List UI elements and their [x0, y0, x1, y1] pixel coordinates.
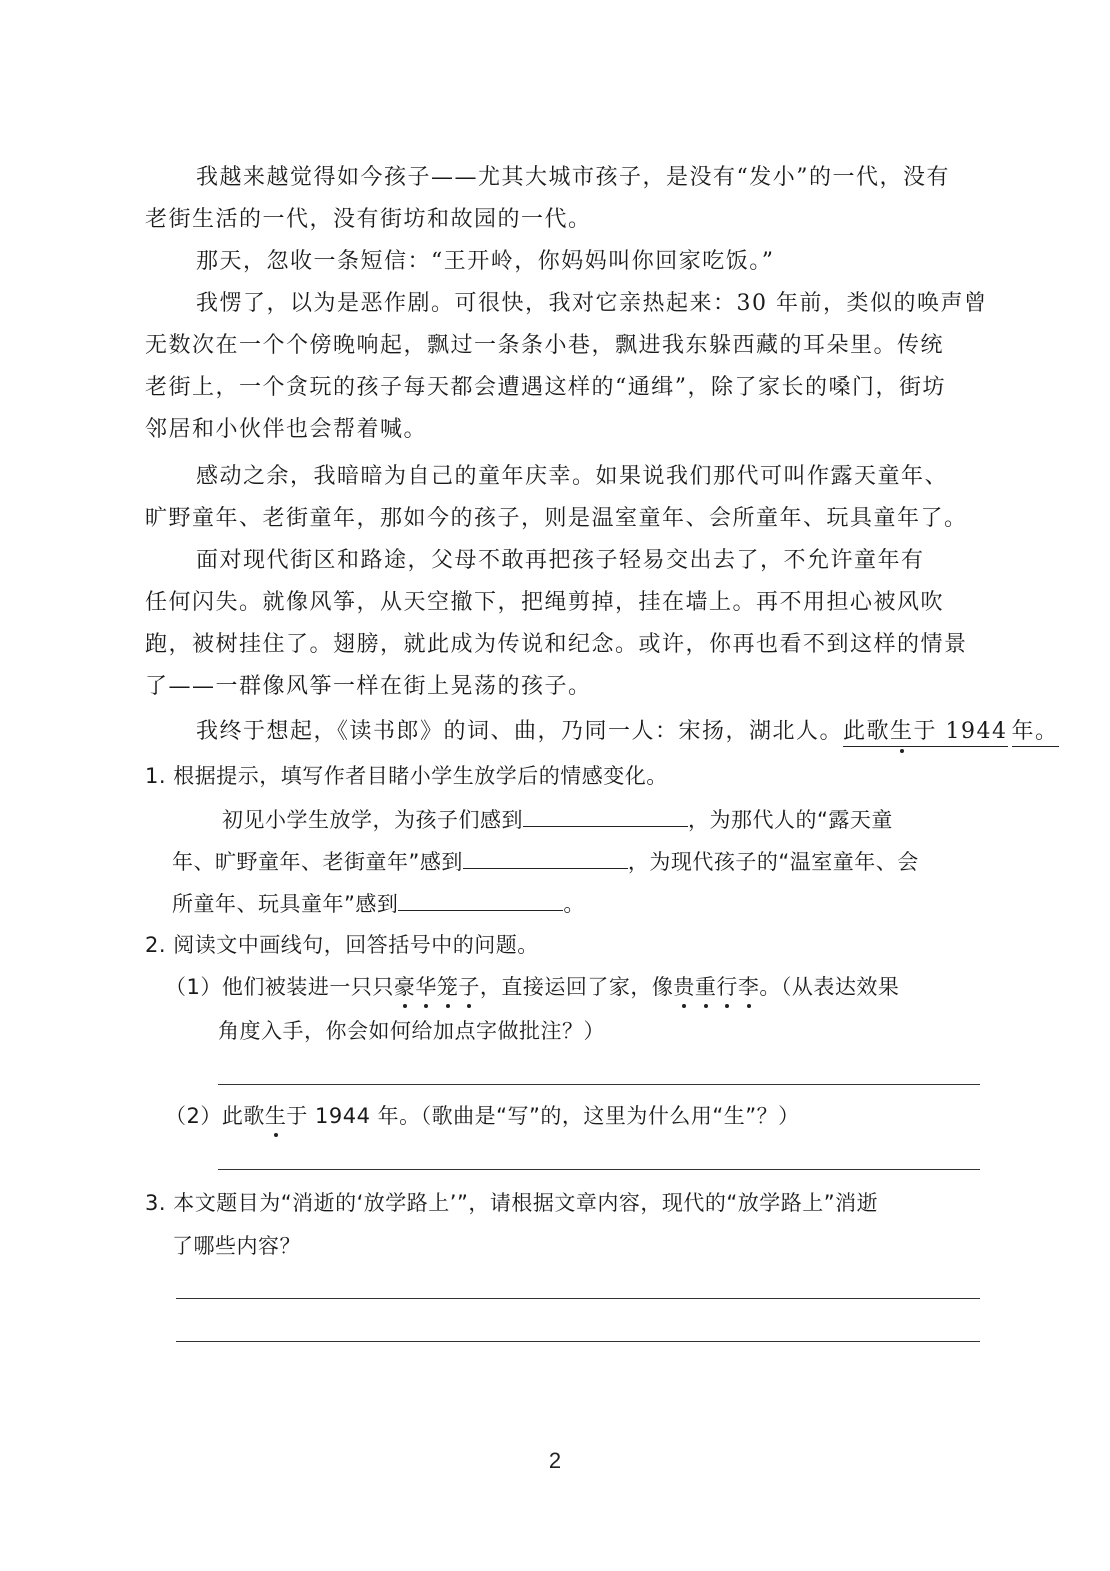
- underlined-sentence: 此歌生于 1944: [843, 719, 1008, 747]
- q1-text: 初见小学生放学，为孩子们感到: [222, 808, 523, 832]
- q1-text: 。: [563, 892, 585, 916]
- emphasis-dot-char: 重: [695, 975, 717, 999]
- question-3-prompt-line2: 了哪些内容？: [172, 1231, 1007, 1261]
- answer-line-q3-2[interactable]: [176, 1341, 980, 1342]
- emphasis-dot-char: 行: [716, 975, 738, 999]
- q1-text: ，为现代孩子的“温室童年、会: [628, 850, 919, 874]
- passage-text: 我终于想起，《读书郎》的词、曲，乃同一人：宋扬，湖北人。: [196, 719, 843, 744]
- passage-line: 无数次在一个个傍晚响起，飘过一条条小巷，飘进我东躲西藏的耳朵里。传统: [145, 331, 980, 361]
- question-3-prompt: 3. 本文题目为“消逝的‘放学路上’”，请根据文章内容，现代的“放学路上”消逝: [145, 1188, 980, 1218]
- question-2-sub2: （2）此歌生于 1944 年。（歌曲是“写”的，这里为什么用“生”？）: [165, 1101, 1000, 1131]
- passage-line: 了——一群像风筝一样在街上晃荡的孩子。: [145, 672, 980, 702]
- answer-line-q2-1[interactable]: [218, 1084, 980, 1085]
- q2-text: ，直接运回了家，像: [480, 975, 674, 999]
- question-2-prompt: 2. 阅读文中画线句，回答括号中的问题。: [145, 930, 980, 960]
- q1-text: 所童年、玩具童年”感到: [172, 892, 398, 916]
- question-1-line: 初见小学生放学，为孩子们感到，为那代人的“露天童: [222, 804, 1057, 835]
- passage-line: 感动之余，我暗暗为自己的童年庆幸。如果说我们那代可叫作露天童年、: [196, 462, 1031, 492]
- q2-text: （1）他们被装进一只只: [165, 975, 394, 999]
- q1-text: 年、旷野童年、老街童年”感到: [172, 850, 463, 874]
- passage-line: 我越来越觉得如今孩子——尤其大城市孩子，是没有“发小”的一代，没有: [196, 163, 1031, 193]
- answer-blank-2[interactable]: [463, 846, 628, 869]
- emphasis-dot-char: 生: [890, 719, 914, 744]
- passage-line: 面对现代街区和路途，父母不敢再把孩子轻易交出去了，不允许童年有: [196, 546, 1031, 576]
- q2-text: 。（从表达效果: [759, 975, 899, 999]
- passage-line: 邻居和小伙伴也会帮着喊。: [145, 415, 980, 445]
- question-2-sub1-line2: 角度入手，你会如何给加点字做批注？）: [218, 1016, 1053, 1046]
- answer-blank-1[interactable]: [523, 804, 688, 827]
- emphasis-dot-char: 贵: [673, 975, 695, 999]
- underlined-text: 于 1944: [914, 719, 1008, 744]
- question-1-line: 所童年、玩具童年”感到。: [172, 888, 1007, 919]
- passage-line: 老街生活的一代，没有街坊和故园的一代。: [145, 205, 980, 235]
- passage-line: 我愣了，以为是恶作剧。可很快，我对它亲热起来：30 年前，类似的唤声曾: [196, 289, 1031, 319]
- page-number: 2: [0, 1448, 1110, 1474]
- passage-line: 老街上，一个贪玩的孩子每天都会遭遇这样的“通缉”，除了家长的嗓门，街坊: [145, 373, 980, 403]
- underlined-text: 此歌: [843, 719, 890, 744]
- answer-line-q3-1[interactable]: [176, 1298, 980, 1299]
- q2-text: 于 1944 年。（歌曲是“写”的，这里为什么用“生”？）: [286, 1104, 799, 1128]
- q1-text: ，为那代人的“露天童: [688, 808, 893, 832]
- passage-line: 那天，忽收一条短信：“王开岭，你妈妈叫你回家吃饭。”: [196, 247, 1031, 277]
- emphasis-dot-char: 豪: [394, 975, 416, 999]
- question-1-line: 年、旷野童年、老街童年”感到，为现代孩子的“温室童年、会: [172, 846, 1007, 877]
- question-2-sub1: （1）他们被装进一只只豪华笼子，直接运回了家，像贵重行李。（从表达效果: [165, 972, 1000, 1002]
- question-1-prompt: 1. 根据提示，填写作者目睹小学生放学后的情感变化。: [145, 761, 980, 791]
- passage-line: 旷野童年、老街童年，那如今的孩子，则是温室童年、会所童年、玩具童年了。: [145, 504, 980, 534]
- passage-line: 跑，被树挂住了。翅膀，就此成为传说和纪念。或许，你再也看不到这样的情景: [145, 630, 980, 660]
- passage-line: 任何闪失。就像风筝，从天空撤下，把绳剪掉，挂在墙上。再不用担心被风吹: [145, 588, 980, 618]
- passage-line-underlined-sentence: 我终于想起，《读书郎》的词、曲，乃同一人：宋扬，湖北人。此歌生于 1944年。: [196, 717, 1031, 747]
- worksheet-page: 我越来越觉得如今孩子——尤其大城市孩子，是没有“发小”的一代，没有 老街生活的一…: [0, 0, 1110, 1571]
- emphasis-dot-char: 子: [458, 975, 480, 999]
- emphasis-dot-char: 生: [265, 1104, 287, 1128]
- emphasis-dot-char: 笼: [437, 975, 459, 999]
- answer-line-q2-2[interactable]: [218, 1169, 980, 1170]
- answer-blank-3[interactable]: [398, 888, 563, 911]
- emphasis-dot-char: 李: [738, 975, 760, 999]
- emphasis-dot-char: 华: [415, 975, 437, 999]
- underlined-text: 年。: [1012, 719, 1059, 747]
- q2-text: （2）此歌: [165, 1104, 265, 1128]
